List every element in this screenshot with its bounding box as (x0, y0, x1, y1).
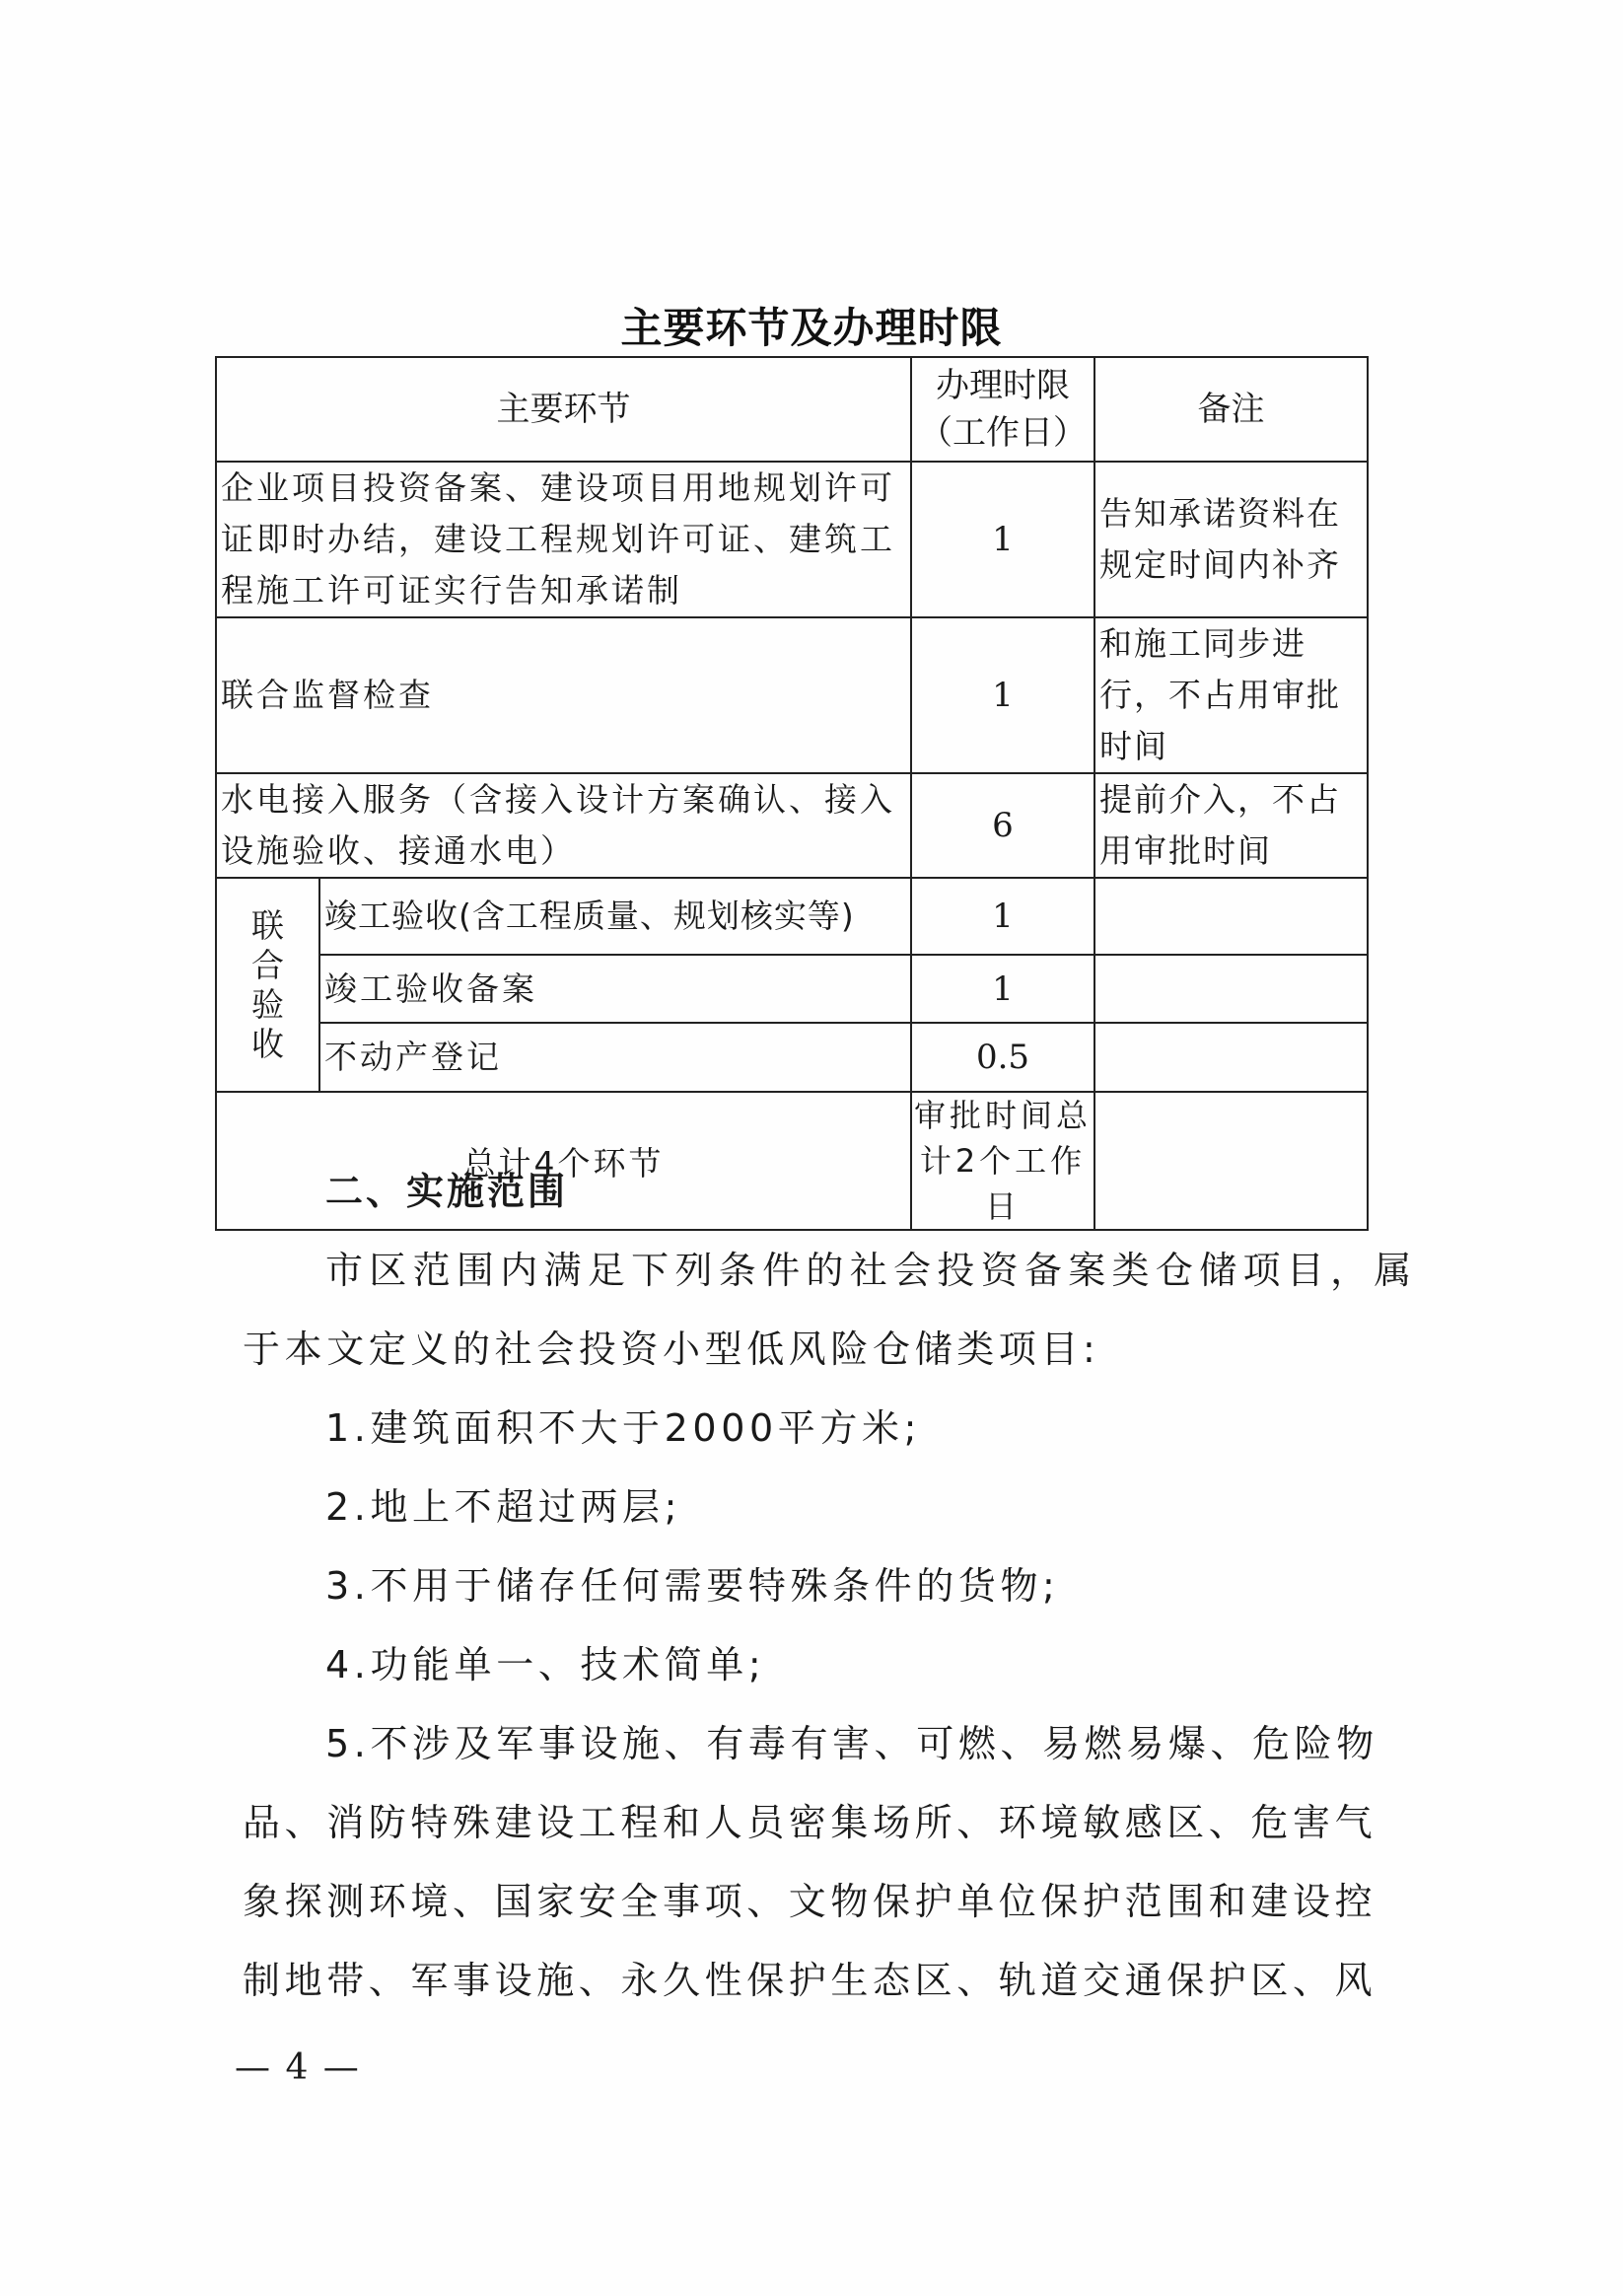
table-row: 水电接入服务（含接入设计方案确认、接入设施验收、接通水电） 6 提前介入，不占用… (216, 773, 1368, 878)
step-cell: 竣工验收(含工程质量、规划核实等) (319, 878, 911, 955)
step-cell: 企业项目投资备案、建设项目用地规划许可证即时办结，建设工程规划许可证、建筑工程施… (216, 462, 911, 617)
note-cell (1094, 955, 1368, 1023)
note-cell (1094, 878, 1368, 955)
note-cell: 告知承诺资料在规定时间内补齐 (1094, 462, 1368, 617)
header-note: 备注 (1094, 357, 1368, 462)
list-item: 5.不涉及军事设施、有毒有害、可燃、易燃易爆、危险物品、消防特殊建设工程和人员密… (243, 1704, 1416, 2020)
group-label-char: 验 (217, 985, 318, 1025)
days-cell: 6 (911, 773, 1094, 878)
list-item: 1.建筑面积不大于2000平方米; (243, 1389, 1416, 1468)
header-time-limit-line2: （工作日） (912, 409, 1094, 457)
step-cell: 竣工验收备案 (319, 955, 911, 1023)
note-cell: 和施工同步进行，不占用审批时间 (1094, 617, 1368, 773)
step-cell: 水电接入服务（含接入设计方案确认、接入设施验收、接通水电） (216, 773, 911, 878)
days-cell: 1 (911, 617, 1094, 773)
note-cell: 提前介入，不占用审批时间 (1094, 773, 1368, 878)
table-header-row: 主要环节 办理时限 （工作日） 备注 (216, 357, 1368, 462)
step-cell: 联合监督检查 (216, 617, 911, 773)
document-page: 主要环节及办理时限 主要环节 办理时限 （工作日） 备注 企业项目投资备案、建设… (0, 0, 1623, 2296)
body-text: 二、实施范围 市区范围内满足下列条件的社会投资备案类仓储项目，属于本文定义的社会… (243, 1152, 1416, 2020)
steps-table: 主要环节 办理时限 （工作日） 备注 企业项目投资备案、建设项目用地规划许可证即… (215, 356, 1369, 1231)
days-cell: 1 (911, 462, 1094, 617)
group-label-joint-acceptance: 联 合 验 收 (216, 878, 319, 1092)
section-heading: 二、实施范围 (243, 1152, 1416, 1231)
table-row: 联合监督检查 1 和施工同步进行，不占用审批时间 (216, 617, 1368, 773)
group-label-char: 联 (217, 906, 318, 946)
header-time-limit-line1: 办理时限 (912, 362, 1094, 409)
table-row-group: 联 合 验 收 竣工验收(含工程质量、规划核实等) 1 (216, 878, 1368, 955)
step-cell: 不动产登记 (319, 1023, 911, 1092)
days-cell: 1 (911, 955, 1094, 1023)
note-cell (1094, 1023, 1368, 1092)
table-title: 主要环节及办理时限 (0, 296, 1623, 355)
list-item: 3.不用于储存任何需要特殊条件的货物; (243, 1546, 1416, 1625)
page-number: — 4 — (235, 2047, 361, 2088)
days-cell: 1 (911, 878, 1094, 955)
table-row: 企业项目投资备案、建设项目用地规划许可证即时办结，建设工程规划许可证、建筑工程施… (216, 462, 1368, 617)
list-item: 4.功能单一、技术简单; (243, 1625, 1416, 1704)
header-step: 主要环节 (216, 357, 911, 462)
header-time-limit: 办理时限 （工作日） (911, 357, 1094, 462)
total-days-line1: 审批时间总 (912, 1093, 1094, 1138)
table-row-group: 竣工验收备案 1 (216, 955, 1368, 1023)
group-label-char: 收 (217, 1025, 318, 1064)
table-row-group: 不动产登记 0.5 (216, 1023, 1368, 1092)
group-label-char: 合 (217, 946, 318, 985)
days-cell: 0.5 (911, 1023, 1094, 1092)
paragraph: 市区范围内满足下列条件的社会投资备案类仓储项目，属于本文定义的社会投资小型低风险… (243, 1231, 1416, 1389)
list-item: 2.地上不超过两层; (243, 1468, 1416, 1546)
